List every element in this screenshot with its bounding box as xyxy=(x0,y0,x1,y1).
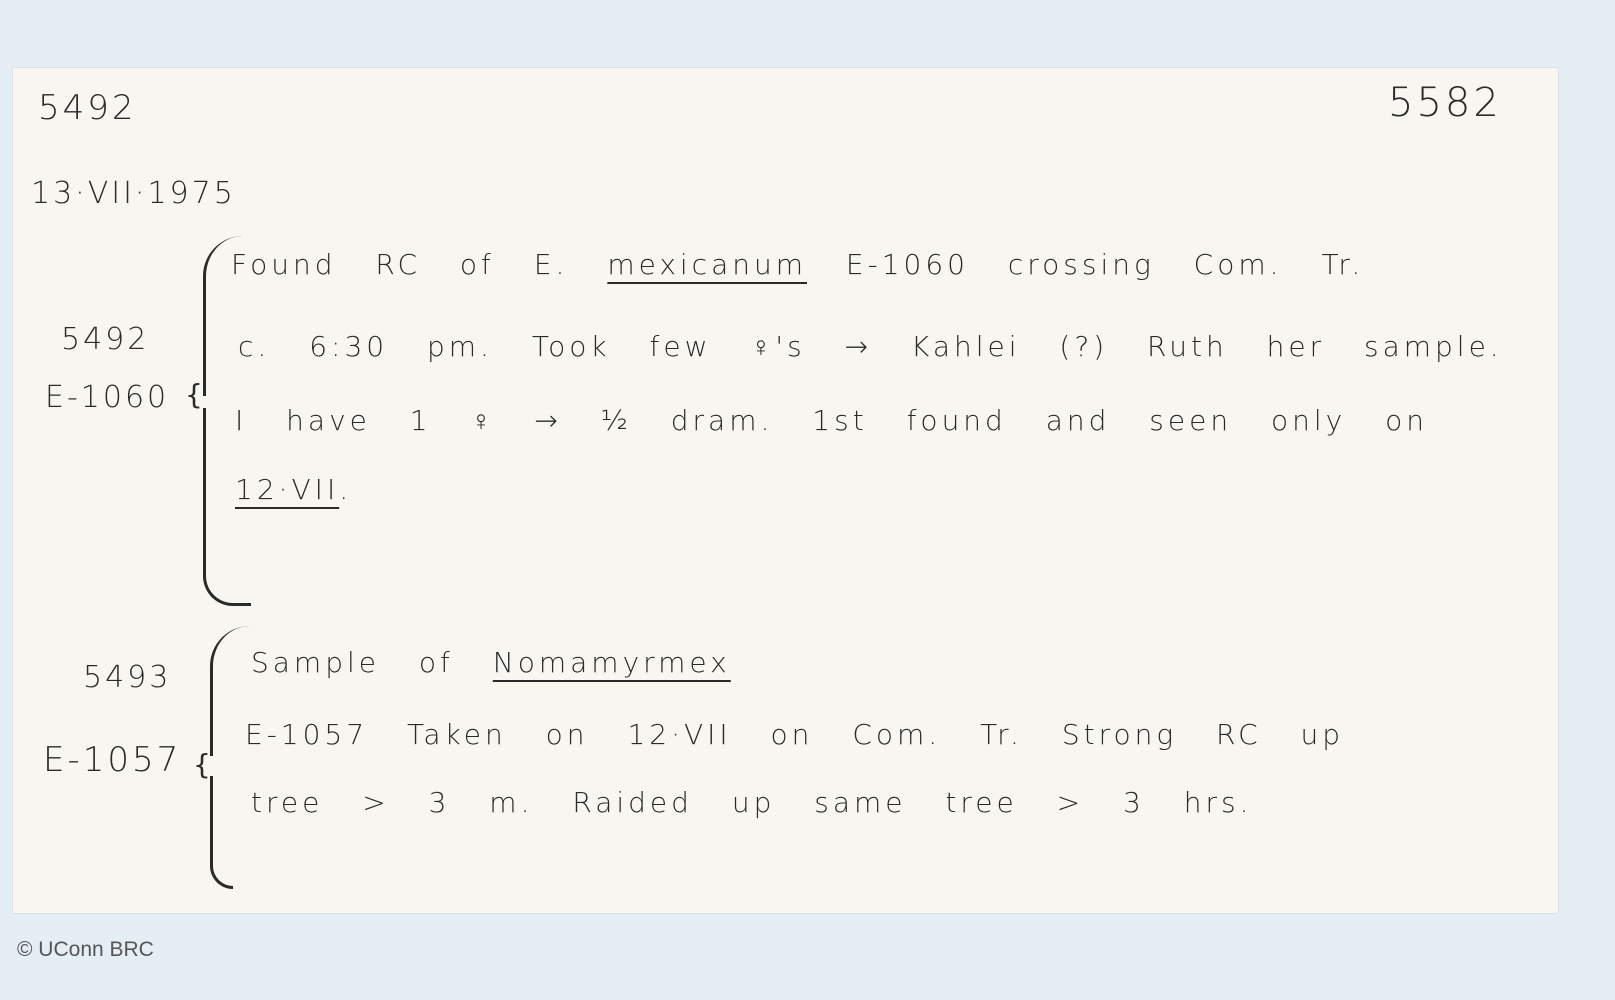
entry-1-line-3: I have 1 ♀ → ½ dram. 1st found and seen … xyxy=(235,404,1428,437)
entry-1-brace-bottom xyxy=(203,408,251,606)
card-number-left: 5492 xyxy=(38,88,137,128)
entry-2-brace-notch: { xyxy=(193,748,211,781)
specimen-card: 5492 5582 13·VII·1975 5492 E-1060 { Foun… xyxy=(13,68,1558,913)
entry-2-sample-code: E-1057 xyxy=(43,740,181,780)
genus-abbrev: E. xyxy=(534,248,569,281)
entry-1-sample-number: 5492 xyxy=(61,322,149,357)
species-name: mexicanum xyxy=(607,248,807,281)
entry-1-line-2: c. 6:30 pm. Took few ♀'s → Kahlei (?) Ru… xyxy=(238,330,1503,363)
card-date: 13·VII·1975 xyxy=(31,176,236,211)
genus-name: Nomamyrmex xyxy=(493,646,731,679)
copyright-notice: © UConn BRC xyxy=(17,938,154,962)
entry-1-line-4: 12·VII. xyxy=(235,473,352,506)
entry-2-sample-number: 5493 xyxy=(83,660,171,695)
entry-2-brace-bottom xyxy=(210,776,233,889)
entry-1-sample-code: E-1060 xyxy=(45,380,169,415)
card-number-right: 5582 xyxy=(1388,80,1502,126)
entry-1-brace-notch: { xyxy=(185,378,203,411)
entry-2-line-3: tree > 3 m. Raided up same tree > 3 hrs. xyxy=(251,786,1252,819)
entry-1-line-1: Found RC of E. mexicanum E-1060 crossing… xyxy=(231,248,1364,281)
entry-2-line-2: E-1057 Taken on 12·VII on Com. Tr. Stron… xyxy=(245,718,1344,751)
entry-2-line-1: Sample of Nomamyrmex xyxy=(251,646,731,679)
